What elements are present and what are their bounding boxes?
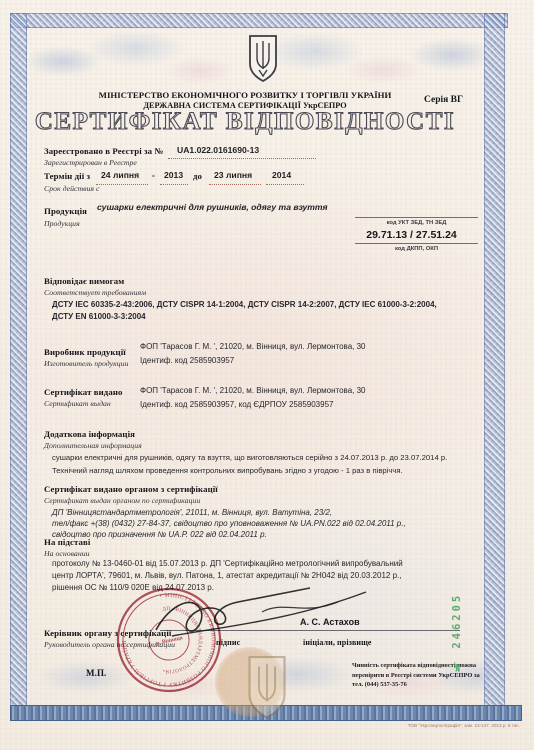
validity-dash: - <box>152 170 155 180</box>
issuing-body-label-uk: Сертифікат видано органом з сертифікації <box>44 484 218 494</box>
additional-label-uk: Додаткова інформація <box>44 429 135 439</box>
certificate-title: СЕРТИФІКАТ ВІДПОВІДНОСТІ <box>22 108 468 136</box>
registration-label-uk: Зареєстровано в Реєстрі за № <box>44 146 163 156</box>
validity-to-month: 23 липня <box>214 170 252 180</box>
printer-note: ТОВ "Укрспецполіграфія", зам. 13-147, 20… <box>300 723 520 728</box>
issued-to-label-uk: Сертифікат видано <box>44 387 123 397</box>
requirements-label-ru: Соответствует требованиям <box>44 288 146 297</box>
issued-to-line-2: Ідентиф. код 2585903957, код ЄДРПОУ 2585… <box>140 400 333 409</box>
requirements-label-uk: Відповідає вимогам <box>44 276 124 286</box>
codes-caption-top: код УКТ ЗЕД, ТН ЗЕД <box>355 220 478 226</box>
ministry-title: МІНІСТЕРСТВО ЕКОНОМІЧНОГО РОЗВИТКУ І ТОР… <box>35 90 455 100</box>
issuing-body-label-ru: Сертификат выдан органом по сертификации <box>44 496 200 505</box>
basis-label-uk: На підставі <box>44 537 90 547</box>
manufacturer-label-ru: Изготовитель продукции <box>44 359 128 368</box>
manufacturer-line-1: ФОП 'Тарасов Г. М. ', 21020, м. Вінниця,… <box>140 342 366 351</box>
validity-label-uk: Термін дії з <box>44 171 90 181</box>
stamp-center-text: м. Вінниця <box>155 635 183 647</box>
codes-caption-bottom: код ДКПП, ОКП <box>355 246 478 252</box>
codes-bottom-rule <box>355 243 478 244</box>
product-label-uk: Продукція <box>44 206 87 216</box>
product-value: сушарки електричні для рушників, одягу т… <box>97 202 328 212</box>
validity-from-year: 2013 <box>164 170 183 180</box>
requirements-line-2: ДСТУ EN 61000-3-3:2004 <box>52 312 146 321</box>
product-label-ru: Продукция <box>44 219 80 228</box>
validity-to-label: до <box>193 171 202 181</box>
additional-line-2: Технічний нагляд шляхом проведення контр… <box>52 466 403 475</box>
registration-label-ru: Зарегистрирован в Реестре <box>44 158 137 167</box>
seal-mark: М.П. <box>86 668 106 678</box>
codes-value: 29.71.13 / 27.51.24 <box>345 229 478 241</box>
serial-number: № 246205 <box>451 543 463 673</box>
validity-label-ru: Срок действия с <box>44 184 99 193</box>
trident-shield-icon <box>246 31 280 87</box>
round-stamp: • МІНІСТЕРСТВО ЕКОНОМІЧНОГО РОЗВИТКУ І Т… <box>104 574 235 706</box>
registration-number: UA1.022.0161690-13 <box>177 145 259 155</box>
certificate-sheet: МІНІСТЕРСТВО ЕКОНОМІЧНОГО РОЗВИТКУ І ТОР… <box>0 0 534 750</box>
basis-label-ru: На основании <box>44 549 90 558</box>
additional-label-ru: Дополнительная информация <box>44 441 142 450</box>
manufacturer-line-2: Ідентиф. код 2585903957 <box>140 356 234 365</box>
issued-to-line-1: ФОП 'Тарасов Г. М. ', 21020, м. Вінниця,… <box>140 386 366 395</box>
basis-line-1: протоколу № 13-0460-01 від 15.07.2013 р.… <box>52 559 403 568</box>
issuing-body-line-2: тел/факс +(38) (0432) 27-84-37, свідоцтв… <box>52 519 406 528</box>
issuing-body-line-1: ДП 'Вінницястандартметрологія', 21011, м… <box>52 508 332 517</box>
manufacturer-label-uk: Виробник продукції <box>44 347 126 357</box>
validity-to-year: 2014 <box>272 170 291 180</box>
series-label: Серія ВГ <box>424 95 463 105</box>
validity-from-month: 24 липня <box>101 170 139 180</box>
additional-line-1: сушарки електричні для рушників, одягу т… <box>52 453 447 462</box>
codes-top-rule <box>355 217 478 218</box>
issued-to-label-ru: Сертификат выдан <box>44 399 111 408</box>
requirements-line-1: ДСТУ IEC 60335-2-43:2006, ДСТУ CISPR 14-… <box>52 300 437 309</box>
border-right-strip <box>484 13 505 713</box>
